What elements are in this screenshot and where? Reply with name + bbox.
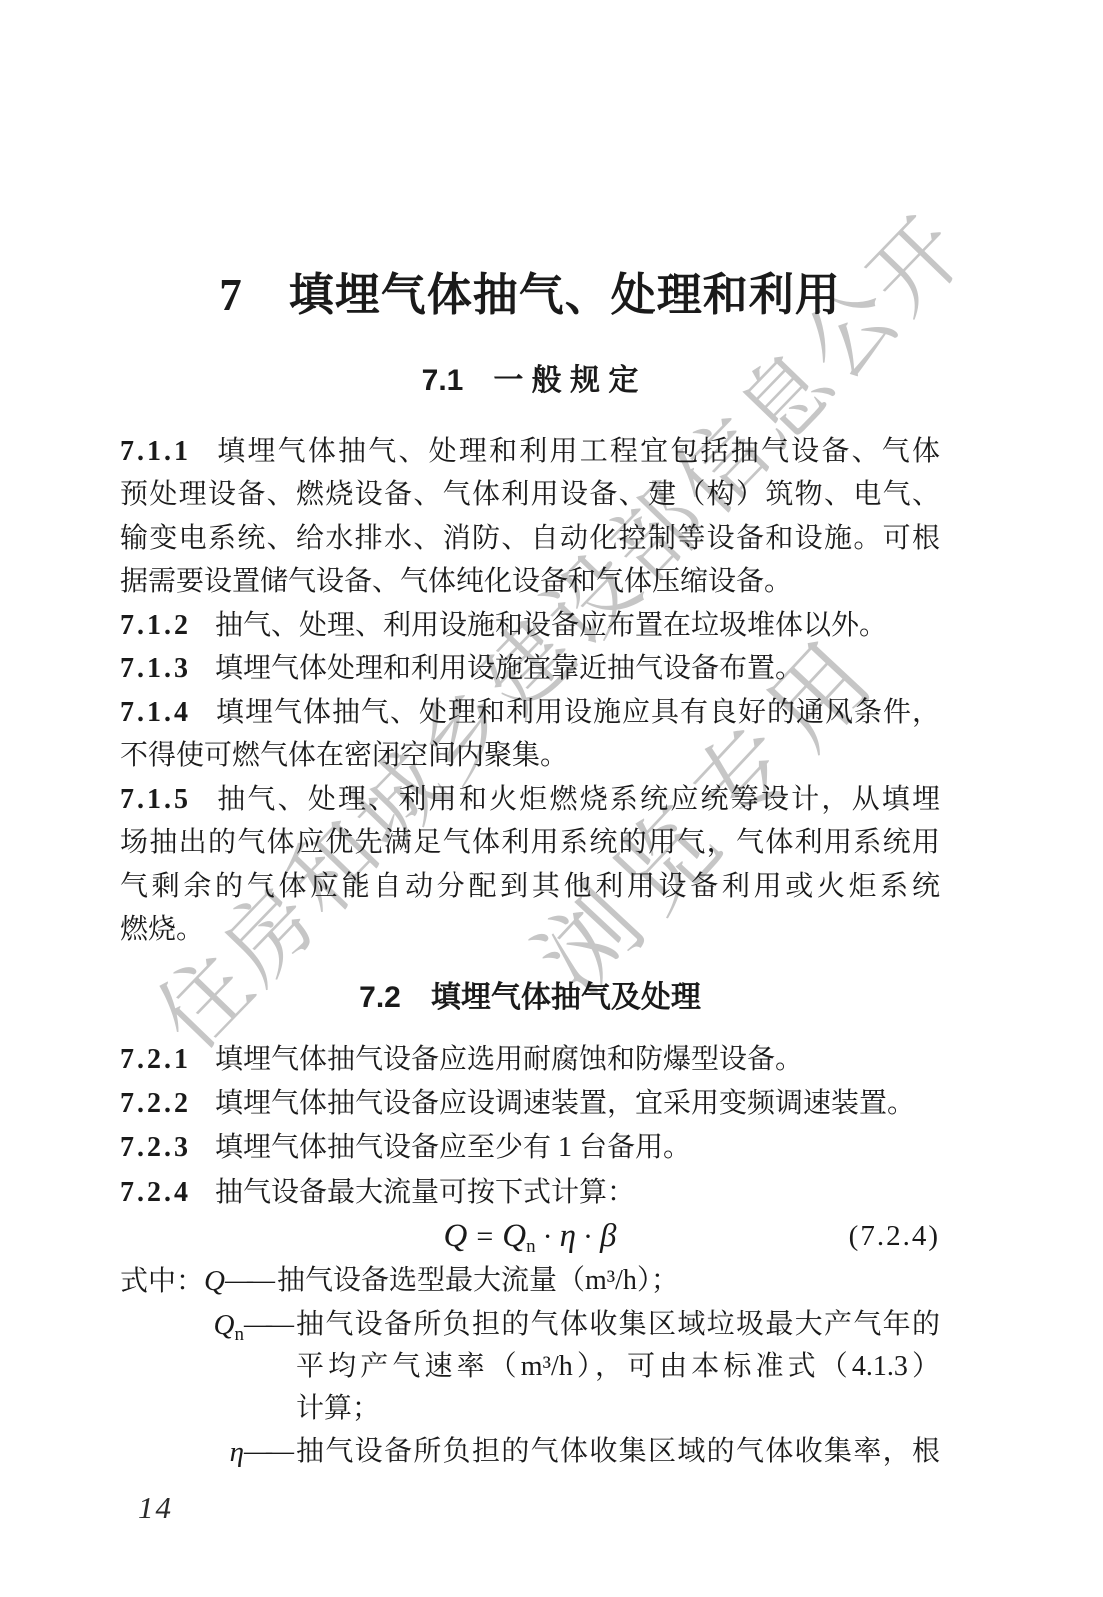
clause-number: 7.1.2 [120,610,191,641]
formula-qn: Q [502,1218,526,1254]
definition-dash: —— [244,1304,288,1346]
clause-text: 抽气、处理、利用和火炬燃烧系统应统筹设计，从填埋 [215,784,940,815]
formula-beta: β [600,1218,616,1254]
where-label: 式中：Q [120,1260,225,1303]
definition-q: 式中：Q —— 抽气设备选型最大流量（m³/h）； [120,1260,940,1303]
clause-text: 填埋气体抽气设备应设调速装置，宜采用变频调速装置。 [215,1088,915,1119]
definition-qn: Qn —— 抽气设备所负担的气体收集区域垃圾最大产气年的 平均产气速率（m³/h… [120,1304,940,1430]
clause-7-1-5-line-4: 燃烧。 [120,908,940,952]
clause-7-1-4-line-2: 不得使可燃气体在密闭空间内聚集。 [120,734,940,778]
clause-7-1-4-line-1: 7.1.4填埋气体抽气、处理和利用设施应具有良好的通风条件， [120,691,940,735]
page-content: 7 填埋气体抽气、处理和利用 7.1 一 般 规 定 7.1.1填埋气体抽气、处… [0,0,1103,1597]
clause-7-1-3: 7.1.3填埋气体处理和利用设施宜靠近抽气设备布置。 [120,647,940,691]
clause-number: 7.2.3 [120,1132,191,1163]
equation-number: (7.2.4) [849,1213,940,1259]
clause-7-2-2: 7.2.2填埋气体抽气设备应设调速装置，宜采用变频调速装置。 [120,1082,940,1126]
clause-7-1-5-line-1: 7.1.5抽气、处理、利用和火炬燃烧系统应统筹设计，从填埋 [120,778,940,822]
symbol-eta: η [120,1431,244,1474]
clause-text: 填埋气体处理和利用设施宜靠近抽气设备布置。 [215,653,803,684]
multiplication-dot: · [583,1220,593,1253]
clause-number: 7.2.2 [120,1088,191,1119]
clause-7-1-1-line-4: 据需要设置储气设备、气体纯化设备和气体压缩设备。 [120,560,940,604]
formula-expression: Q=Qn·η·β [120,1213,940,1260]
clause-7-2-3: 7.2.3填埋气体抽气设备应至少有 1 台备用。 [120,1126,940,1170]
clause-7-1-5-line-2: 场抽出的气体应优先满足气体利用系统的用气，气体利用系统用 [120,821,940,865]
definition-dash: —— [225,1260,269,1302]
clause-number: 7.1.4 [120,697,191,728]
definition-eta: η —— 抽气设备所负担的气体收集区域的气体收集率，根 [120,1431,940,1474]
clause-text: 填埋气体抽气、处理和利用工程宜包括抽气设备、气体 [215,436,940,467]
clause-7-1-1-line-2: 预处理设备、燃烧设备、气体利用设备、建（构）筑物、电气、 [120,473,940,517]
clause-text: 填埋气体抽气设备应选用耐腐蚀和防爆型设备。 [215,1044,803,1075]
definition-dash: —— [244,1431,288,1473]
formula-7-2-4: Q=Qn·η·β (7.2.4) [120,1213,940,1259]
definition-text: 抽气设备所负担的气体收集区域的气体收集率，根 [296,1431,940,1473]
clause-7-1-2: 7.1.2抽气、处理、利用设施和设备应布置在垃圾堆体以外。 [120,604,940,648]
formula-eta: η [560,1218,576,1254]
clause-number: 7.1.1 [120,436,191,467]
clause-text: 填埋气体抽气、处理和利用设施应具有良好的通风条件， [215,697,940,728]
clause-7-1-1-line-1: 7.1.1填埋气体抽气、处理和利用工程宜包括抽气设备、气体 [120,430,940,474]
clause-7-2-4: 7.2.4抽气设备最大流量可按下式计算： [120,1171,940,1215]
symbol-qn-subscript: n [235,1324,245,1345]
clause-7-1-5-line-3: 气剩余的气体应能自动分配到其他利用设备利用或火炬系统 [120,865,940,909]
clause-number: 7.2.4 [120,1177,191,1208]
clause-number: 7.2.1 [120,1044,191,1075]
clause-7-2-1: 7.2.1填埋气体抽气设备应选用耐腐蚀和防爆型设备。 [120,1038,940,1082]
document-page: 住房和城乡建设部信息公开 浏览专用 7 填埋气体抽气、处理和利用 7.1 一 般… [0,0,1103,1597]
clause-number: 7.1.3 [120,653,191,684]
clause-text: 抽气设备最大流量可按下式计算： [215,1177,635,1208]
clause-7-1-1-line-3: 输变电系统、给水排水、消防、自动化控制等设备和设施。可根 [120,517,940,561]
clause-number: 7.1.5 [120,784,191,815]
definition-text: 抽气设备所负担的气体收集区域垃圾最大产气年的 平均产气速率（m³/h），可由本标… [296,1304,940,1430]
page-number: 14 [138,1486,173,1530]
clause-text: 抽气、处理、利用设施和设备应布置在垃圾堆体以外。 [215,610,887,641]
multiplication-dot: · [543,1220,553,1253]
formula-q: Q [444,1218,468,1254]
section-7-2-heading: 7.2 填埋气体抽气及处理 [120,976,940,1020]
equals-sign: = [476,1220,493,1253]
definition-text: 抽气设备选型最大流量（m³/h）； [277,1260,940,1302]
chapter-title: 7 填埋气体抽气、处理和利用 [120,266,940,324]
symbol-q: Q [204,1265,225,1297]
formula-qn-subscript: n [526,1236,536,1257]
section-7-1-heading: 7.1 一 般 规 定 [120,359,940,403]
clause-text: 填埋气体抽气设备应至少有 1 台备用。 [215,1132,691,1163]
symbol-qn: Qn [120,1304,244,1347]
